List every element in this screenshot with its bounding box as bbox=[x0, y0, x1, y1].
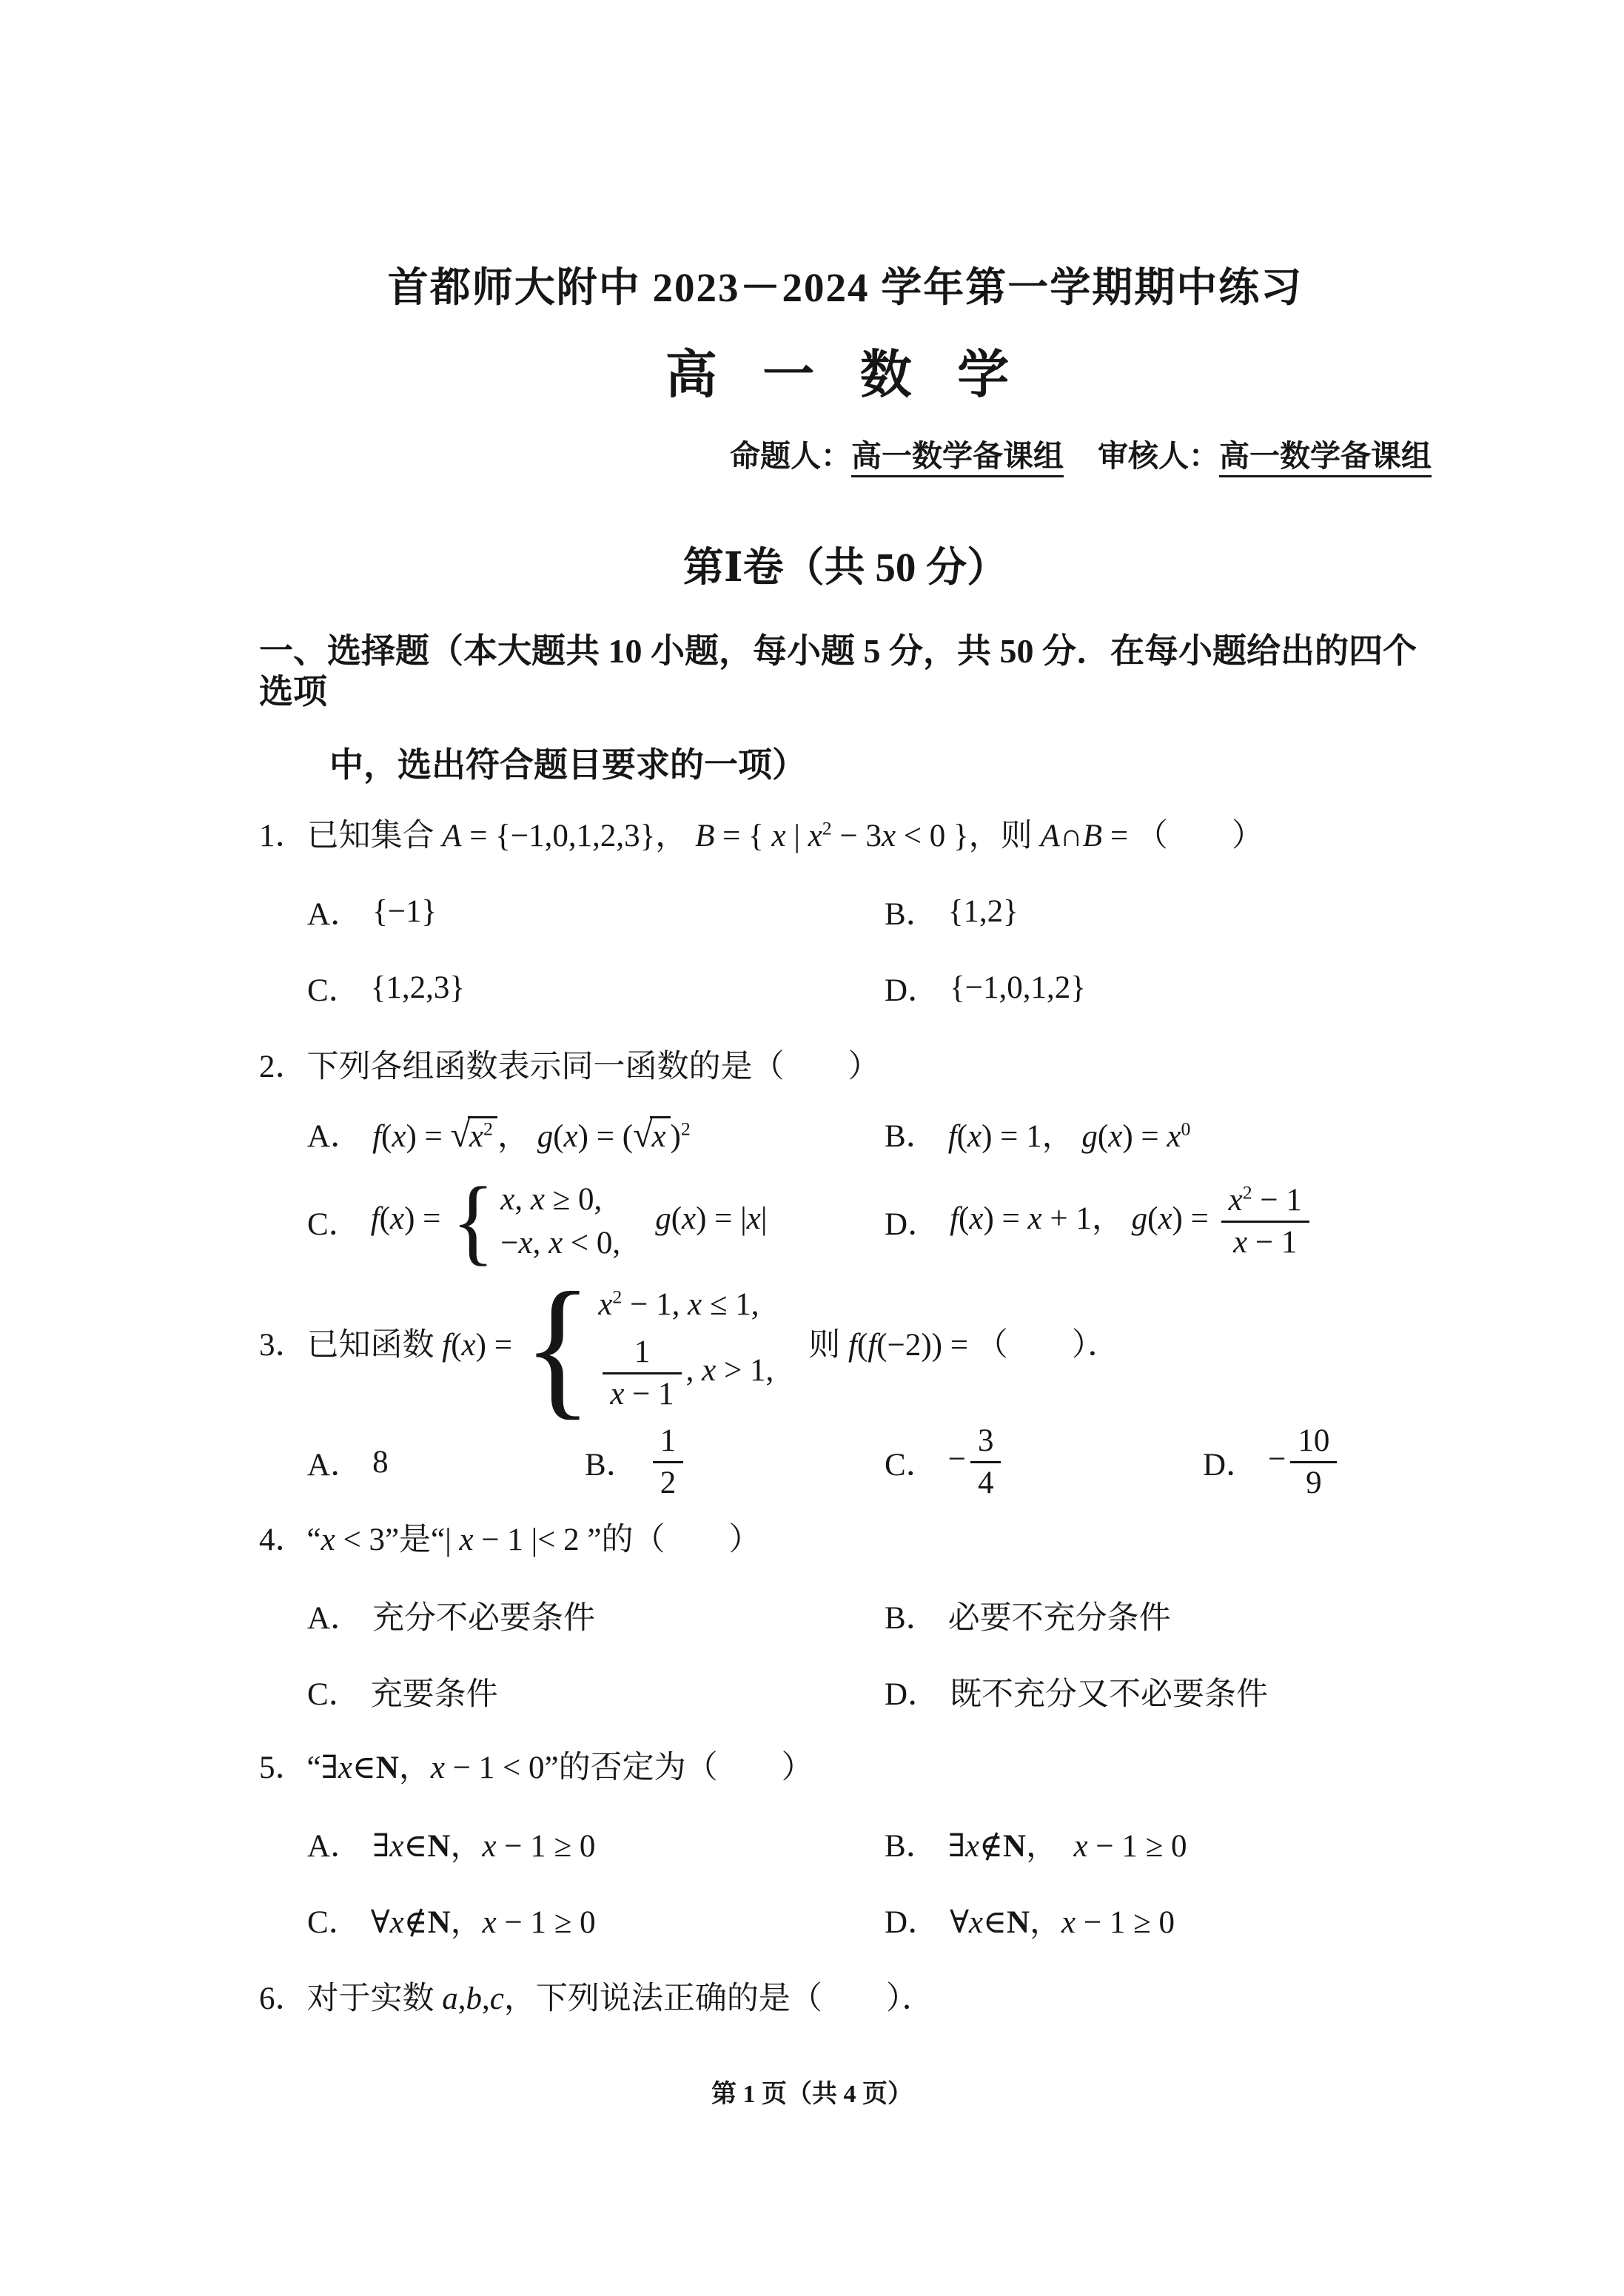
page-content: 首都师大附中 2023－2024 学年第一学期期中练习 高 一 数 学 命题人：… bbox=[0, 0, 1624, 2021]
q2-option-c-label: C． bbox=[307, 1199, 360, 1244]
q5-option-b-value: ∃x∉N， x − 1 ≥ 0 bbox=[948, 1821, 1187, 1866]
q2-option-d-label: D． bbox=[885, 1199, 939, 1244]
q1-option-b-value: {1,2} bbox=[948, 893, 1019, 930]
q1-option-c-label: C． bbox=[307, 965, 360, 1010]
q4-option-a: A． 充分不必要条件 bbox=[307, 1593, 885, 1638]
instructions-line-2: 中，选出符合题目要求的一项） bbox=[259, 745, 1432, 785]
q6-stem: 6．对于实数 a,b,c，下列说法正确的是（ ）． bbox=[259, 1978, 1432, 2021]
q1-option-c-value: {1,2,3} bbox=[371, 970, 465, 1006]
q3-option-b-label: B． bbox=[585, 1440, 638, 1485]
setter-name: 高一数学备课组 bbox=[851, 439, 1064, 477]
q2-options-row-2: C． f(x) = {x, x ≥ 0,−x, x < 0, g(x) = |x… bbox=[259, 1181, 1432, 1261]
q5-option-a-label: A． bbox=[307, 1821, 362, 1866]
exam-subject-title: 高 一 数 学 bbox=[259, 345, 1432, 407]
q4-option-a-label: A． bbox=[307, 1593, 362, 1638]
q5-option-a-value: ∃x∈N，x − 1 ≥ 0 bbox=[372, 1821, 595, 1866]
q4-option-c-label: C． bbox=[307, 1669, 360, 1714]
q5-option-d: D． ∀x∈N，x − 1 ≥ 0 bbox=[885, 1897, 1175, 1942]
q1-options-row-1: A． {−1} B． {1,2} bbox=[259, 889, 1432, 934]
reviewer-name: 高一数学备课组 bbox=[1219, 439, 1432, 477]
q3-option-d-label: D． bbox=[1203, 1440, 1258, 1485]
q2-option-a-label: A． bbox=[307, 1111, 362, 1156]
school-line: 首都师大附中 2023－2024 学年第一学期期中练习 bbox=[259, 263, 1432, 312]
q2-option-a-value: f(x) = √x2， g(x) = (√x)2 bbox=[372, 1111, 691, 1156]
q4-option-d-label: D． bbox=[885, 1669, 939, 1714]
q4-options-row-2: C． 充要条件 D． 既不充分又不必要条件 bbox=[259, 1669, 1432, 1714]
q4-option-b-value: 必要不充分条件 bbox=[948, 1593, 1171, 1638]
q2-option-a: A． f(x) = √x2， g(x) = (√x)2 bbox=[307, 1111, 885, 1156]
q5-options-row-1: A． ∃x∈N，x − 1 ≥ 0 B． ∃x∉N， x − 1 ≥ 0 bbox=[259, 1821, 1432, 1866]
q2-option-c-value: f(x) = {x, x ≥ 0,−x, x < 0, g(x) = |x| bbox=[371, 1181, 768, 1261]
q1-option-b-label: B． bbox=[885, 889, 938, 934]
q3-option-d-value: −109 bbox=[1268, 1423, 1341, 1501]
q3-option-a-label: A． bbox=[307, 1440, 362, 1485]
q1-option-a: A． {−1} bbox=[307, 889, 885, 934]
q2-options-row-1: A． f(x) = √x2， g(x) = (√x)2 B． f(x) = 1，… bbox=[259, 1111, 1432, 1156]
q4-option-a-value: 充分不必要条件 bbox=[372, 1593, 595, 1638]
q1-option-d: D． {−1,0,1,2} bbox=[885, 965, 1086, 1010]
q4-options-row-1: A． 充分不必要条件 B． 必要不充分条件 bbox=[259, 1593, 1432, 1638]
instructions-line-1: 一、选择题（本大题共 10 小题，每小题 5 分，共 50 分．在每小题给出的四… bbox=[259, 631, 1432, 712]
q3-option-a: A． 8 bbox=[307, 1440, 585, 1485]
q2-option-c: C． f(x) = {x, x ≥ 0,−x, x < 0, g(x) = |x… bbox=[307, 1181, 885, 1261]
q2-option-d: D． f(x) = x + 1， g(x) = x2 − 1x − 1 bbox=[885, 1182, 1314, 1261]
q5-option-d-value: ∀x∈N，x − 1 ≥ 0 bbox=[950, 1897, 1175, 1942]
q3-stem: 3．已知函数 f(x) = {x2 − 1, x ≤ 1,1x − 1, x >… bbox=[259, 1283, 1432, 1412]
q1-options-row-2: C． {1,2,3} D． {−1,0,1,2} bbox=[259, 965, 1432, 1010]
q4-option-c: C． 充要条件 bbox=[307, 1669, 885, 1714]
q4-option-b: B． 必要不充分条件 bbox=[885, 1593, 1171, 1638]
q2-option-b-value: f(x) = 1， g(x) = x0 bbox=[948, 1111, 1191, 1156]
q1-option-d-label: D． bbox=[885, 965, 939, 1010]
q2-option-b-label: B． bbox=[885, 1111, 938, 1156]
q5-option-d-label: D． bbox=[885, 1897, 939, 1942]
q5-option-b-label: B． bbox=[885, 1821, 938, 1866]
q1-option-a-value: {−1} bbox=[372, 893, 437, 930]
section-1-title: 第Ⅰ卷（共 50 分） bbox=[259, 543, 1432, 592]
q1-option-c: C． {1,2,3} bbox=[307, 965, 885, 1010]
q5-option-c-value: ∀x∉N，x − 1 ≥ 0 bbox=[371, 1897, 596, 1942]
q5-option-b: B． ∃x∉N， x − 1 ≥ 0 bbox=[885, 1821, 1187, 1866]
q2-option-b: B． f(x) = 1， g(x) = x0 bbox=[885, 1111, 1190, 1156]
q1-option-a-label: A． bbox=[307, 889, 362, 934]
q3-option-d: D． −109 bbox=[1203, 1423, 1341, 1501]
q4-option-b-label: B． bbox=[885, 1593, 938, 1638]
q5-option-a: A． ∃x∈N，x − 1 ≥ 0 bbox=[307, 1821, 885, 1866]
q3-option-b-value: 12 bbox=[648, 1423, 688, 1501]
q3-option-c: C． −34 bbox=[885, 1423, 1203, 1501]
q4-stem: 4．“x < 3”是“| x − 1 |< 2 ”的（ ） bbox=[259, 1519, 1432, 1562]
q3-option-c-value: −34 bbox=[948, 1423, 1006, 1501]
setter-reviewer-line: 命题人：高一数学备课组审核人：高一数学备课组 bbox=[259, 434, 1432, 480]
exam-page: 首都师大附中 2023－2024 学年第一学期期中练习 高 一 数 学 命题人：… bbox=[0, 0, 1624, 2296]
q5-options-row-2: C． ∀x∉N，x − 1 ≥ 0 D． ∀x∈N，x − 1 ≥ 0 bbox=[259, 1897, 1432, 1942]
q1-option-b: B． {1,2} bbox=[885, 889, 1019, 934]
q2-stem: 2．下列各组函数表示同一函数的是（ ） bbox=[259, 1046, 1432, 1089]
q1-stem: 1．已知集合 A = {−1,0,1,2,3}， B = { x | x2 − … bbox=[259, 815, 1432, 858]
q3-option-c-label: C． bbox=[885, 1440, 938, 1485]
q5-option-c-label: C． bbox=[307, 1897, 360, 1942]
page-footer: 第 1 页（共 4 页） bbox=[0, 2073, 1624, 2109]
q4-option-d: D． 既不充分又不必要条件 bbox=[885, 1669, 1268, 1714]
reviewer-label: 审核人： bbox=[1098, 439, 1219, 473]
q1-option-d-value: {−1,0,1,2} bbox=[950, 970, 1086, 1006]
q3-option-b: B． 12 bbox=[585, 1423, 885, 1501]
q5-option-c: C． ∀x∉N，x − 1 ≥ 0 bbox=[307, 1897, 885, 1942]
q4-option-c-value: 充要条件 bbox=[371, 1669, 498, 1714]
q3-options-row: A． 8 B． 12 C． −34 D． −109 bbox=[259, 1423, 1432, 1501]
q4-option-d-value: 既不充分又不必要条件 bbox=[950, 1669, 1268, 1714]
q2-option-d-value: f(x) = x + 1， g(x) = x2 − 1x − 1 bbox=[950, 1182, 1314, 1261]
q5-stem: 5．“∃x∈N，x − 1 < 0”的否定为（ ） bbox=[259, 1747, 1432, 1790]
q3-option-a-value: 8 bbox=[372, 1444, 389, 1480]
setter-label: 命题人： bbox=[730, 439, 851, 473]
